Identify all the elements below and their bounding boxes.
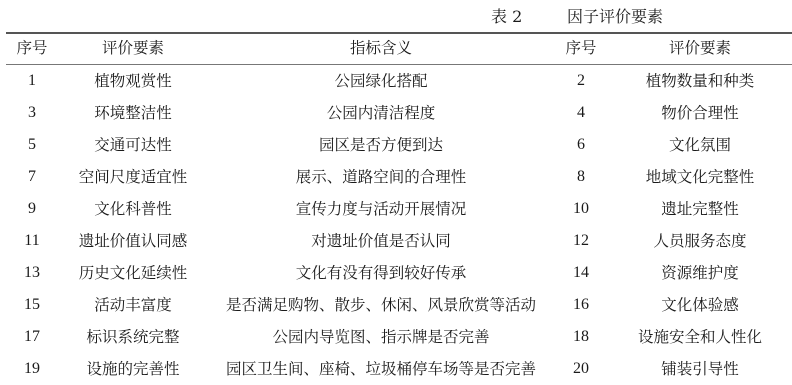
cell-factor-b: 文化氛围: [608, 129, 792, 161]
cell-meaning: 对遗址价值是否认同: [208, 225, 554, 257]
cell-index-b: 4: [554, 97, 608, 129]
cell-meaning: 展示、道路空间的合理性: [208, 161, 554, 193]
header-factor-b: 评价要素: [608, 33, 792, 64]
cell-index-b: 10: [554, 193, 608, 225]
cell-factor-a: 环境整洁性: [58, 97, 208, 129]
cell-factor-a: 标识系统完整: [58, 321, 208, 353]
cell-index-b: 2: [554, 64, 608, 97]
cell-index-b: 14: [554, 257, 608, 289]
cell-index-b: 18: [554, 321, 608, 353]
table-title: 因子评价要素: [567, 6, 663, 28]
table-row: 15 活动丰富度 是否满足购物、散步、休闲、风景欣赏等活动 16 文化体验感: [6, 289, 792, 321]
cell-factor-a: 历史文化延续性: [58, 257, 208, 289]
cell-index-a: 7: [6, 161, 58, 193]
table-row: 3 环境整洁性 公园内清洁程度 4 物价合理性: [6, 97, 792, 129]
cell-meaning: 公园绿化搭配: [208, 64, 554, 97]
cell-factor-a: 活动丰富度: [58, 289, 208, 321]
cell-factor-a: 空间尺度适宜性: [58, 161, 208, 193]
header-index-b: 序号: [554, 33, 608, 64]
cell-index-a: 5: [6, 129, 58, 161]
cell-index-a: 1: [6, 64, 58, 97]
cell-factor-b: 遗址完整性: [608, 193, 792, 225]
cell-factor-b: 设施安全和人性化: [608, 321, 792, 353]
table-row: 13 历史文化延续性 文化有没有得到较好传承 14 资源维护度: [6, 257, 792, 289]
header-index-a: 序号: [6, 33, 58, 64]
cell-factor-b: 物价合理性: [608, 97, 792, 129]
cell-index-a: 17: [6, 321, 58, 353]
cell-factor-b: 资源维护度: [608, 257, 792, 289]
cell-index-a: 11: [6, 225, 58, 257]
cell-factor-a: 文化科普性: [58, 193, 208, 225]
cell-meaning: 公园内清洁程度: [208, 97, 554, 129]
cell-factor-b: 植物数量和种类: [608, 64, 792, 97]
cell-meaning: 园区是否方便到达: [208, 129, 554, 161]
cell-index-b: 20: [554, 353, 608, 385]
cell-factor-a: 遗址价值认同感: [58, 225, 208, 257]
factor-evaluation-table: 序号 评价要素 指标含义 序号 评价要素 1 植物观赏性 公园绿化搭配 2 植物…: [6, 33, 792, 385]
cell-factor-b: 铺装引导性: [608, 353, 792, 385]
table-row: 17 标识系统完整 公园内导览图、指示牌是否完善 18 设施安全和人性化: [6, 321, 792, 353]
cell-index-b: 6: [554, 129, 608, 161]
table-row: 11 遗址价值认同感 对遗址价值是否认同 12 人员服务态度: [6, 225, 792, 257]
cell-index-a: 13: [6, 257, 58, 289]
header-meaning: 指标含义: [208, 33, 554, 64]
table-number: 表 2: [491, 6, 522, 28]
cell-index-a: 9: [6, 193, 58, 225]
cell-meaning: 园区卫生间、座椅、垃圾桶停车场等是否完善: [208, 353, 554, 385]
cell-index-b: 16: [554, 289, 608, 321]
table-row: 5 交通可达性 园区是否方便到达 6 文化氛围: [6, 129, 792, 161]
cell-index-b: 8: [554, 161, 608, 193]
header-factor-a: 评价要素: [58, 33, 208, 64]
cell-factor-a: 植物观赏性: [58, 64, 208, 97]
cell-meaning: 文化有没有得到较好传承: [208, 257, 554, 289]
cell-factor-b: 地域文化完整性: [608, 161, 792, 193]
table-row: 9 文化科普性 宣传力度与活动开展情况 10 遗址完整性: [6, 193, 792, 225]
table-row: 1 植物观赏性 公园绿化搭配 2 植物数量和种类: [6, 64, 792, 97]
cell-index-b: 12: [554, 225, 608, 257]
cell-factor-a: 交通可达性: [58, 129, 208, 161]
cell-meaning: 是否满足购物、散步、休闲、风景欣赏等活动: [208, 289, 554, 321]
table-row: 7 空间尺度适宜性 展示、道路空间的合理性 8 地域文化完整性: [6, 161, 792, 193]
table-caption: 表 2 因子评价要素: [0, 6, 792, 28]
cell-factor-b: 文化体验感: [608, 289, 792, 321]
header-row: 序号 评价要素 指标含义 序号 评价要素: [6, 33, 792, 64]
cell-factor-a: 设施的完善性: [58, 353, 208, 385]
cell-index-a: 3: [6, 97, 58, 129]
cell-index-a: 15: [6, 289, 58, 321]
cell-index-a: 19: [6, 353, 58, 385]
cell-meaning: 宣传力度与活动开展情况: [208, 193, 554, 225]
cell-meaning: 公园内导览图、指示牌是否完善: [208, 321, 554, 353]
table-row: 19 设施的完善性 园区卫生间、座椅、垃圾桶停车场等是否完善 20 铺装引导性: [6, 353, 792, 385]
cell-factor-b: 人员服务态度: [608, 225, 792, 257]
